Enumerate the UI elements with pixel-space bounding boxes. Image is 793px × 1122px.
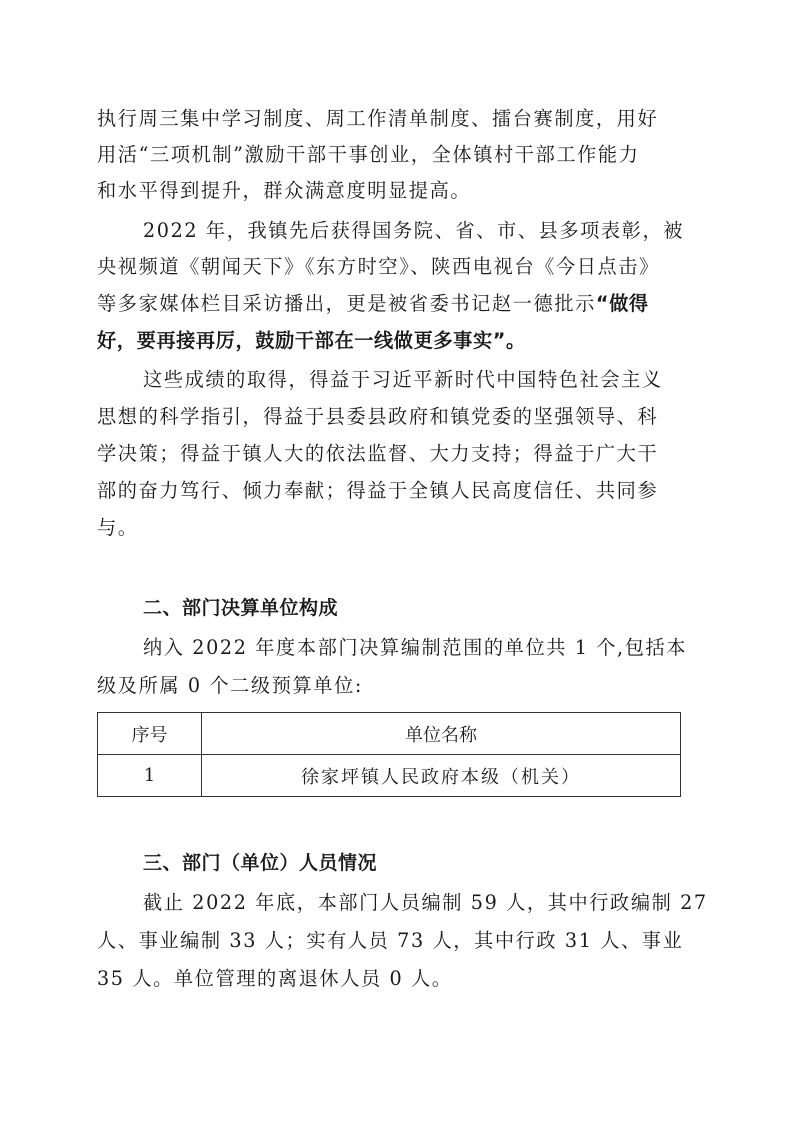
paragraph-2-line-2: 央视频道《朝闻天下》《东方时空》、陕西电视台《今日点击》 [97, 255, 681, 279]
header-index: 序号 [98, 713, 202, 755]
paragraph-3-line-3: 学决策；得益于镇人大的依法监督、大力支持；得益于广大干 [97, 442, 681, 466]
paragraph-2-line-3-text: 等多家媒体栏目采访播出，更是被省委书记赵一德批示 [97, 292, 596, 315]
header-unit-name: 单位名称 [202, 713, 681, 755]
paragraph-2-line-1: 2022 年，我镇先后获得国务院、省、市、县多项表彰，被 [97, 219, 681, 243]
section-2-heading: 二、部门决算单位构成 [97, 596, 681, 620]
paragraph-3-line-2: 思想的科学指引，得益于县委县政府和镇党委的坚强领导、科 [97, 405, 681, 429]
paragraph-2-line-3: 等多家媒体栏目采访播出，更是被省委书记赵一德批示“做得 [97, 292, 681, 316]
paragraph-1-line-2: 用活“三项机制”激励干部干事创业，全体镇村干部工作能力 [97, 143, 681, 167]
section-2-line-2: 级及所属 0 个二级预算单位: [97, 674, 681, 698]
paragraph-3-line-5: 与。 [97, 516, 681, 540]
cell-unit-name: 徐家坪镇人民政府本级（机关） [202, 755, 681, 797]
section-3-line-2: 人、事业编制 33 人；实有人员 73 人，其中行政 31 人、事业 [97, 929, 681, 953]
table-header-row: 序号 单位名称 [98, 713, 681, 755]
unit-table: 序号 单位名称 1 徐家坪镇人民政府本级（机关） [97, 712, 681, 797]
section-3-heading: 三、部门（单位）人员情况 [97, 851, 681, 875]
paragraph-3-line-4: 部的奋力笃行、倾力奉献；得益于全镇人民高度信任、共同参 [97, 479, 681, 503]
quote-bold-line: 好，要再接再厉，鼓励干部在一线做更多事实”。 [97, 329, 681, 353]
table-row: 1 徐家坪镇人民政府本级（机关） [98, 755, 681, 797]
section-2-line-1: 纳入 2022 年度本部门决算编制范围的单位共 1 个,包括本 [97, 636, 681, 660]
quote-start-bold: “做得 [596, 292, 649, 315]
paragraph-1-line-1: 执行周三集中学习制度、周工作清单制度、擂台赛制度，用好 [97, 107, 681, 131]
section-3-line-1: 截止 2022 年底，本部门人员编制 59 人，其中行政编制 27 [97, 891, 681, 915]
paragraph-3-line-1: 这些成绩的取得，得益于习近平新时代中国特色社会主义 [97, 368, 681, 392]
cell-index: 1 [98, 755, 202, 797]
paragraph-1-line-3: 和水平得到提升，群众满意度明显提高。 [97, 179, 681, 203]
section-3-line-3: 35 人。单位管理的离退休人员 0 人。 [97, 967, 681, 991]
